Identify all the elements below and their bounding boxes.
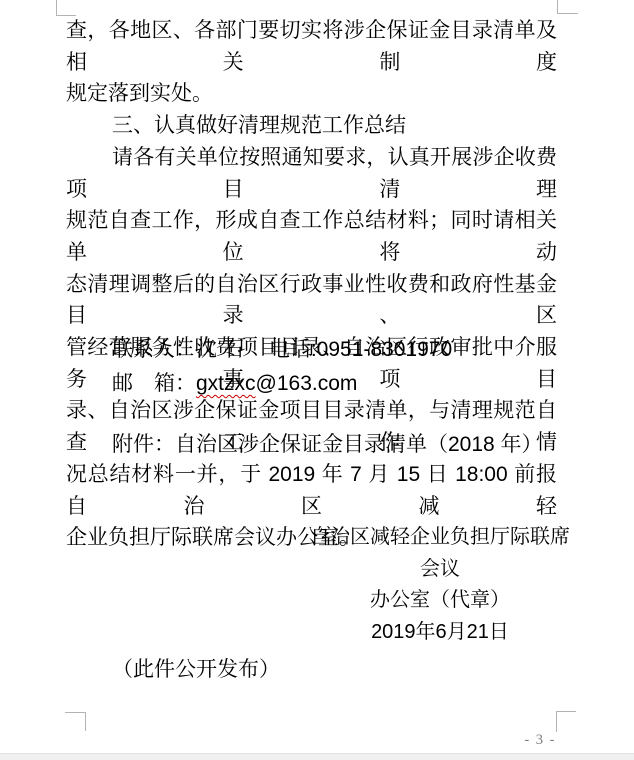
- publish-note-section: （此件公开发布）: [66, 654, 557, 686]
- body-line: 态清理调整后的自治区行政事业性收费和政府性基金目录、区: [66, 269, 557, 332]
- document-page: 查，各地区、各部门要切实将涉企保证金目录清单及相关制度 规定落到实处。 三、认真…: [0, 0, 634, 760]
- body-line: 查，各地区、各部门要切实将涉企保证金目录清单及相关制度: [66, 15, 557, 78]
- body-line: 规范自查工作，形成自查工作总结材料；同时请相关单位将动: [66, 205, 557, 268]
- publish-note: （此件公开发布）: [66, 654, 557, 686]
- attachment-section: 附件：自治区涉企保证金目录清单（2018 年）: [66, 429, 557, 461]
- page-number: - 3 -: [524, 732, 556, 749]
- signature-block: 自治区减轻企业负担厅际联席会议 办公室（代章） 2019年6月21日: [303, 522, 577, 649]
- contact-person-line: 联系人：沈 石电话:0951-8301970: [66, 333, 557, 367]
- section-heading: 三、认真做好清理规范工作总结: [66, 110, 557, 142]
- contact-person: 联系人：沈 石: [112, 338, 244, 361]
- crop-mark-bottom-right: [556, 711, 576, 732]
- email-address: gxtzxc@163.com: [196, 372, 357, 395]
- crop-mark-top-right: [557, 0, 578, 14]
- signature-date: 2019年6月21日: [303, 617, 577, 649]
- page-bottom-edge: [0, 753, 634, 760]
- body-text: 查，各地区、各部门要切实将涉企保证金目录清单及相关制度 规定落到实处。 三、认真…: [66, 15, 557, 554]
- body-line: 况总结材料一并，于 2019 年 7 月 15 日 18:00 前报自治区减轻: [66, 459, 557, 522]
- email-domain: @163.com: [256, 372, 358, 395]
- signature-office: 办公室（代章）: [303, 585, 577, 617]
- attachment-line: 附件：自治区涉企保证金目录清单（2018 年）: [66, 429, 557, 461]
- email-user: gxtzxc: [196, 372, 256, 395]
- contact-info: 联系人：沈 石电话:0951-8301970 邮 箱：gxtzxc@163.co…: [66, 333, 557, 401]
- crop-mark-bottom-left: [65, 712, 86, 731]
- body-line: 规定落到实处。: [66, 78, 557, 110]
- body-line: 请各有关单位按照通知要求，认真开展涉企收费项目清理: [66, 142, 557, 205]
- email-label: 邮 箱：: [112, 372, 196, 395]
- signature-org: 自治区减轻企业负担厅际联席会议: [303, 522, 577, 585]
- crop-mark-top-left: [56, 0, 76, 16]
- contact-email-line: 邮 箱：gxtzxc@163.com: [66, 367, 557, 401]
- contact-phone: 电话:0951-8301970: [269, 338, 452, 361]
